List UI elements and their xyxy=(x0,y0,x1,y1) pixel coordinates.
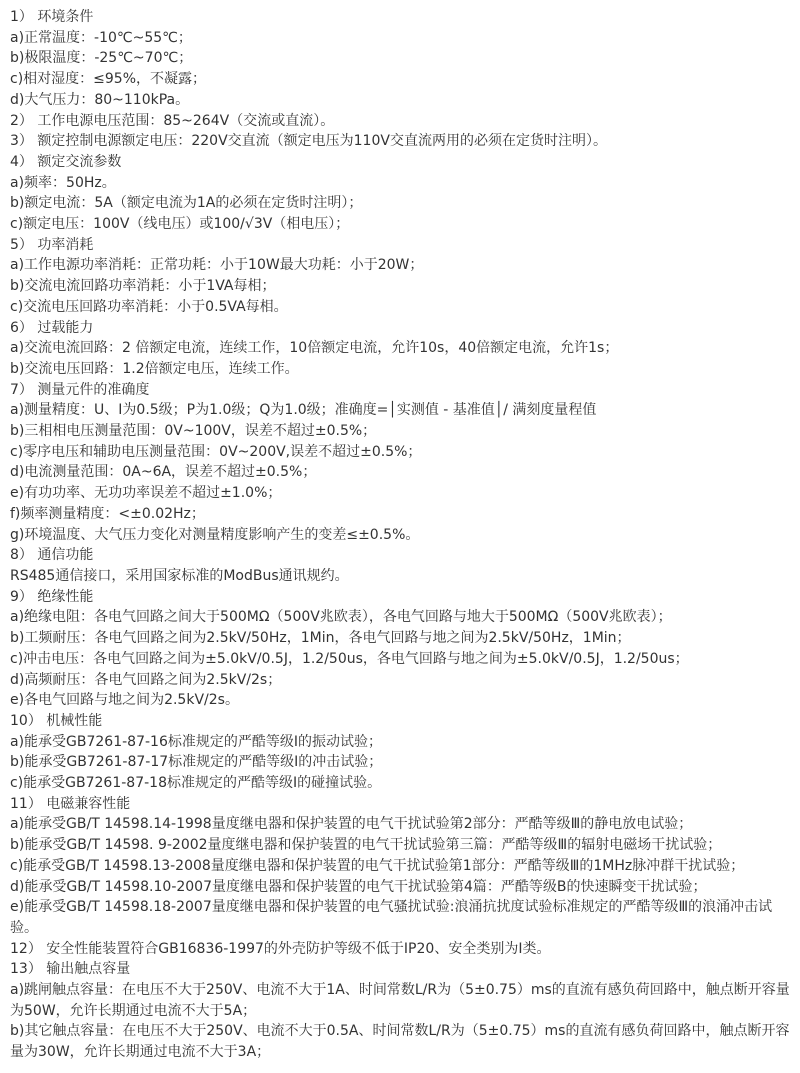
spec-item: RS485通信接口，采用国家标准的ModBus通讯规约。 xyxy=(10,566,792,587)
spec-item: b)其它触点容量：在电压不大于250V、电流不大于0.5A、时间常数L/R为（5… xyxy=(10,1021,792,1062)
section-mechanical-performance: 10） 机械性能 a)能承受GB7261-87-16标准规定的严酷等级Ⅰ的振动试… xyxy=(10,711,792,794)
spec-item: a)能承受GB/T 14598.14-1998量度继电器和保护装置的电气干扰试验… xyxy=(10,814,792,835)
section-emc-performance: 11） 电磁兼容性能 a)能承受GB/T 14598.14-1998量度继电器和… xyxy=(10,794,792,939)
spec-item: d)高频耐压：各电气回路之间为2.5kV/2s； xyxy=(10,670,792,691)
spec-item: d)电流测量范围：0A~6A，误差不超过±0.5%； xyxy=(10,462,792,483)
spec-item: c)能承受GB7261-87-18标准规定的严酷等级Ⅰ的碰撞试验。 xyxy=(10,773,792,794)
section-heading: 6） 过载能力 xyxy=(10,318,792,339)
spec-item: e)能承受GB/T 14598.18-2007量度继电器和保护装置的电气骚扰试验… xyxy=(10,897,792,938)
spec-item: b)额定电流：5A（额定电流为1A的必须在定货时注明）； xyxy=(10,193,792,214)
section-safety-performance: 12） 安全性能装置符合GB16836-1997的外壳防护等级不低于IP20、安… xyxy=(10,939,792,960)
spec-item: a)绝缘电阻：各电气回路之间大于500MΩ（500V兆欧表），各电气回路与地大于… xyxy=(10,607,792,628)
section-heading: 12） 安全性能装置符合GB16836-1997的外壳防护等级不低于IP20、安… xyxy=(10,939,792,960)
spec-item: b)交流电压回路：1.2倍额定电压，连续工作。 xyxy=(10,359,792,380)
spec-item: b)能承受GB7261-87-17标准规定的严酷等级Ⅰ的冲击试验； xyxy=(10,752,792,773)
spec-item: c)额定电压：100V（线电压）或100/√3V（相电压）； xyxy=(10,214,792,235)
section-working-voltage-range: 2） 工作电源电压范围：85~264V（交流或直流）。 xyxy=(10,111,792,132)
spec-item: e)有功功率、无功功率误差不超过±1.0%； xyxy=(10,483,792,504)
section-heading: 5） 功率消耗 xyxy=(10,235,792,256)
spec-item: c)相对湿度：≤95%，不凝露； xyxy=(10,69,792,90)
section-heading: 4） 额定交流参数 xyxy=(10,152,792,173)
section-heading: 10） 机械性能 xyxy=(10,711,792,732)
section-insulation-performance: 9） 绝缘性能 a)绝缘电阻：各电气回路之间大于500MΩ（500V兆欧表），各… xyxy=(10,587,792,711)
spec-item: b)三相相电压测量范围：0V~100V，误差不超过±0.5%； xyxy=(10,421,792,442)
spec-item: b)交流电流回路功率消耗：小于1VA每相； xyxy=(10,276,792,297)
section-power-consumption: 5） 功率消耗 a)工作电源功率消耗：正常功耗：小于10W最大功耗：小于20W；… xyxy=(10,235,792,318)
document-body: 1） 环境条件 a)正常温度：-10℃~55℃； b)极限温度：-25℃~70℃… xyxy=(0,0,800,1073)
section-heading: 2） 工作电源电压范围：85~264V（交流或直流）。 xyxy=(10,111,792,132)
spec-item: a)工作电源功率消耗：正常功耗：小于10W最大功耗：小于20W； xyxy=(10,255,792,276)
spec-item: a)测量精度：U、I为0.5级；P为1.0级；Q为1.0级；准确度=│实测值 -… xyxy=(10,400,792,421)
section-measurement-accuracy: 7） 测量元件的准确度 a)测量精度：U、I为0.5级；P为1.0级；Q为1.0… xyxy=(10,380,792,546)
spec-item: c)交流电压回路功率消耗：小于0.5VA每相。 xyxy=(10,297,792,318)
section-heading: 3） 额定控制电源额定电压：220V交直流（额定电压为110V交直流两用的必须在… xyxy=(10,131,792,152)
spec-item: b)极限温度：-25℃~70℃； xyxy=(10,48,792,69)
spec-item: a)交流电流回路：2 倍额定电流，连续工作，10倍额定电流，允许10s，40倍额… xyxy=(10,338,792,359)
section-environment-conditions: 1） 环境条件 a)正常温度：-10℃~55℃； b)极限温度：-25℃~70℃… xyxy=(10,7,792,111)
spec-item: g)环境温度、大气压力变化对测量精度影响产生的变差≤±0.5%。 xyxy=(10,525,792,546)
spec-item: a)跳闸触点容量：在电压不大于250V、电流不大于1A、时间常数L/R为（5±0… xyxy=(10,980,792,1021)
spec-item: a)能承受GB7261-87-16标准规定的严酷等级Ⅰ的振动试验； xyxy=(10,732,792,753)
section-heading: 8） 通信功能 xyxy=(10,545,792,566)
spec-item: a)频率：50Hz。 xyxy=(10,173,792,194)
section-heading: 13） 输出触点容量 xyxy=(10,959,792,980)
section-output-contact-capacity: 13） 输出触点容量 a)跳闸触点容量：在电压不大于250V、电流不大于1A、时… xyxy=(10,959,792,1063)
section-rated-control-voltage: 3） 额定控制电源额定电压：220V交直流（额定电压为110V交直流两用的必须在… xyxy=(10,131,792,152)
section-overload-capability: 6） 过载能力 a)交流电流回路：2 倍额定电流，连续工作，10倍额定电流，允许… xyxy=(10,318,792,380)
spec-item: b)工频耐压：各电气回路之间为2.5kV/50Hz，1Min，各电气回路与地之间… xyxy=(10,628,792,649)
spec-item: c)冲击电压：各电气回路之间为±5.0kV/0.5J，1.2/50us，各电气回… xyxy=(10,649,792,670)
spec-item: c)能承受GB/T 14598.13-2008量度继电器和保护装置的电气干扰试验… xyxy=(10,856,792,877)
section-rated-ac-parameters: 4） 额定交流参数 a)频率：50Hz。 b)额定电流：5A（额定电流为1A的必… xyxy=(10,152,792,235)
spec-item: b)能承受GB/T 14598. 9-2002量度继电器和保护装置的电气干扰试验… xyxy=(10,835,792,856)
section-heading: 11） 电磁兼容性能 xyxy=(10,794,792,815)
spec-item: d)大气压力：80~110kPa。 xyxy=(10,90,792,111)
spec-item: c)零序电压和辅助电压测量范围：0V~200V,误差不超过±0.5%； xyxy=(10,442,792,463)
spec-item: f)频率测量精度：<±0.02Hz； xyxy=(10,504,792,525)
spec-item: e)各电气回路与地之间为2.5kV/2s。 xyxy=(10,690,792,711)
section-communication: 8） 通信功能 RS485通信接口，采用国家标准的ModBus通讯规约。 xyxy=(10,545,792,586)
section-heading: 7） 测量元件的准确度 xyxy=(10,380,792,401)
section-heading: 1） 环境条件 xyxy=(10,7,792,28)
spec-item: d)能承受GB/T 14598.10-2007量度继电器和保护装置的电气干扰试验… xyxy=(10,877,792,898)
spec-item: a)正常温度：-10℃~55℃； xyxy=(10,28,792,49)
section-heading: 9） 绝缘性能 xyxy=(10,587,792,608)
